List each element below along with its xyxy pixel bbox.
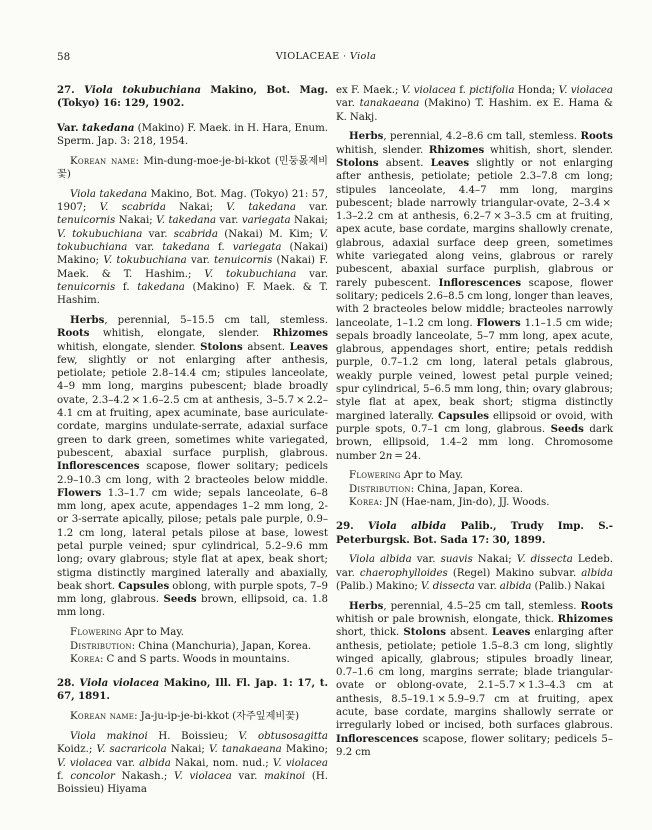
- text-segment: Stolons: [200, 341, 243, 353]
- text-segment: var.: [216, 215, 242, 226]
- text-segment: Distribution: [70, 641, 132, 652]
- text-segment: var.: [142, 229, 173, 240]
- text-segment: Distribution: [349, 484, 411, 495]
- text-segment: 1.3–1.7 cm wide; sepals lanceolate, 6–8 …: [57, 488, 328, 592]
- right-column: ex F. Maek.; V. violacea f. pictifolia H…: [336, 84, 613, 797]
- text-segment: Herbs: [349, 130, 383, 142]
- text-segment: Nakai;: [167, 744, 209, 755]
- text-segment: Nakai;: [115, 215, 156, 226]
- text-segment: V. tokubuchiana: [57, 229, 142, 240]
- text-segment: Leaves: [290, 341, 328, 353]
- text-segment: absent.: [446, 627, 492, 638]
- text-segment: (Palib.) Makino;: [336, 581, 421, 592]
- text-segment: Rhizomes: [429, 144, 484, 156]
- text-segment: var.: [336, 98, 360, 109]
- text-segment: Rhizomes: [273, 327, 328, 339]
- text-segment: V. tanakaeana: [209, 744, 282, 755]
- text-segment: Viola albida: [368, 520, 446, 532]
- text-segment: Nakai, nom. nud.;: [171, 758, 273, 769]
- text-segment: Stolons: [336, 157, 379, 169]
- text-segment: Flowering: [349, 470, 401, 481]
- text-segment: takedana: [137, 282, 185, 293]
- text-segment: f.: [115, 282, 137, 293]
- text-segment: Inflorescences: [439, 277, 521, 289]
- text-segment: Viola takedana: [70, 189, 147, 200]
- text-segment: enlarging after anthesis, petiolate; pet…: [336, 627, 613, 731]
- text-segment: V. tokubuchiana: [103, 255, 186, 266]
- text-segment: var.: [112, 758, 139, 769]
- text-segment: Herbs: [70, 314, 104, 326]
- text-segment: Leaves: [431, 157, 469, 169]
- text-segment: V. scabrida: [100, 202, 166, 213]
- text-segment: Capsules: [438, 410, 489, 422]
- text-segment: absent.: [243, 342, 290, 353]
- text-columns: 27. Viola tokubuchiana Makino, Bot. Mag.…: [57, 84, 613, 797]
- running-header: VIOLACEAE · Viola: [0, 51, 652, 62]
- text-segment: f.: [456, 85, 469, 96]
- text-segment: Apr to May.: [122, 627, 184, 638]
- text-segment: var.: [296, 269, 328, 280]
- text-segment: concolor: [70, 771, 115, 782]
- text-segment: f.: [57, 771, 70, 782]
- text-segment: V. violacea: [559, 85, 613, 96]
- text-segment: Korean name: [70, 711, 134, 722]
- text-segment: , perennial, 4.2–8.6 cm tall, stemless.: [383, 131, 580, 142]
- text-segment: V. violacea: [57, 758, 112, 769]
- text-segment: suavis: [441, 554, 473, 565]
- species-29-description: Herbs, perennial, 4.5–25 cm tall, stemle…: [336, 600, 613, 760]
- text-segment: f.: [210, 242, 233, 253]
- text-segment: Flowering: [70, 627, 122, 638]
- text-segment: : China (Manchuria), Japan, Korea.: [132, 641, 311, 652]
- text-segment: var.: [187, 255, 214, 266]
- text-segment: absent.: [379, 158, 431, 169]
- text-segment: V. sacraricola: [96, 744, 166, 755]
- species-28-synonymy-continued: ex F. Maek.; V. violacea f. pictifolia H…: [336, 84, 613, 124]
- text-segment: Flowers: [477, 317, 521, 329]
- text-segment: Seeds: [163, 593, 196, 605]
- species-28-description: Herbs, perennial, 4.2–8.6 cm tall, steml…: [336, 130, 613, 462]
- text-segment: var.: [475, 581, 500, 592]
- species-27-var-line: Var. takedana (Makino) F. Maek. in H. Ha…: [57, 122, 328, 149]
- text-segment: Viola albida: [349, 554, 412, 565]
- text-segment: Capsules: [118, 580, 169, 592]
- text-segment: Stolons: [403, 626, 446, 638]
- text-segment: albida: [139, 758, 171, 769]
- text-segment: makinoi: [264, 771, 305, 782]
- species-27-korean-name: Korean name: Min-dung-moe-je-bi-kkot (민둥…: [57, 155, 328, 182]
- species-28-korean-name: Korean name: Ja-ju-ip-je-bi-kkot (자주잎제비꽃…: [57, 710, 328, 723]
- species-27-description: Herbs, perennial, 5–15.5 cm tall, stemle…: [57, 314, 328, 620]
- text-segment: 27.: [57, 84, 84, 96]
- text-segment: whitish, slender.: [336, 145, 429, 156]
- text-segment: var.: [412, 554, 441, 565]
- text-segment: : Ja-ju-ip-je-bi-kkot (자주잎제비꽃): [134, 711, 299, 722]
- text-segment: takedana: [162, 242, 210, 253]
- text-segment: V. violacea: [174, 771, 232, 782]
- species-28-flowering: Flowering Apr to May.: [336, 469, 613, 482]
- text-segment: Seeds: [551, 423, 584, 435]
- text-segment: Roots: [581, 130, 614, 142]
- species-29-synonymy: Viola albida var. suavis Nakai; V. disse…: [336, 553, 613, 593]
- text-segment: Inflorescences: [336, 733, 418, 745]
- page-number: 58: [57, 51, 70, 63]
- text-segment: V. violacea: [402, 85, 456, 96]
- text-segment: slightly or not enlarging after anthesis…: [336, 158, 613, 289]
- text-segment: Korea: [349, 497, 379, 508]
- species-28-distribution: Distribution: China, Japan, Korea.: [336, 483, 613, 496]
- text-segment: (Nakai) M. Kim;: [218, 229, 319, 240]
- species-27-heading: 27. Viola tokubuchiana Makino, Bot. Mag.…: [57, 84, 328, 111]
- text-segment: Herbs: [349, 600, 383, 612]
- text-segment: V. dissecta: [517, 554, 573, 565]
- text-segment: V. takedana: [226, 202, 296, 213]
- species-27-synonymy: Viola takedana Makino, Bot. Mag. (Tokyo)…: [57, 188, 328, 308]
- text-segment: Nakai;: [291, 215, 328, 226]
- text-segment: var.: [127, 242, 162, 253]
- text-segment: Inflorescences: [57, 460, 139, 472]
- text-segment: 29.: [336, 520, 368, 532]
- left-column: 27. Viola tokubuchiana Makino, Bot. Mag.…: [57, 84, 328, 797]
- text-segment: whitish, elongate, slender.: [57, 342, 200, 353]
- text-segment: few, slightly or not enlarging after ant…: [57, 355, 328, 459]
- species-27-flowering: Flowering Apr to May.: [57, 626, 328, 639]
- page-header: 58 VIOLACEAE · Viola: [0, 51, 652, 65]
- text-segment: Viola violacea: [79, 677, 159, 689]
- text-segment: Leaves: [492, 626, 530, 638]
- book-page: 58 VIOLACEAE · Viola 27. Viola tokubuchi…: [0, 0, 652, 830]
- text-segment: ex F. Maek.;: [336, 85, 402, 96]
- text-segment: : JN (Hae-nam, Jin-do), JJ. Woods.: [379, 497, 549, 508]
- text-segment: , perennial, 4.5–25 cm tall, stemless.: [383, 601, 580, 612]
- text-segment: 28.: [57, 677, 79, 689]
- text-segment: V. dissecta: [421, 581, 475, 592]
- text-segment: : China, Japan, Korea.: [411, 484, 523, 495]
- species-28-synonymy: Viola makinoi H. Boissieu; V. obtusosagi…: [57, 730, 328, 796]
- text-segment: tenuicornis: [214, 255, 272, 266]
- text-segment: Makino;: [282, 744, 328, 755]
- text-segment: Flowers: [57, 487, 101, 499]
- text-segment: scabrida: [174, 229, 218, 240]
- text-segment: short, thick.: [336, 627, 403, 638]
- text-segment: Roots: [581, 600, 614, 612]
- text-segment: (Palib.) Nakai: [531, 581, 604, 592]
- text-segment: takedana: [82, 122, 135, 134]
- text-segment: Viola: [350, 51, 376, 62]
- species-27-distribution: Distribution: China (Manchuria), Japan, …: [57, 640, 328, 653]
- text-segment: V. violacea: [273, 758, 328, 769]
- text-segment: V. tokubuchiana: [204, 269, 296, 280]
- text-segment: variegata: [242, 215, 291, 226]
- text-segment: Nakash.;: [115, 771, 174, 782]
- text-segment: ·: [340, 51, 350, 62]
- text-segment: Korean name: [70, 156, 136, 167]
- text-segment: Nakai;: [166, 202, 226, 213]
- text-segment: VIOLACEAE: [276, 51, 340, 62]
- text-segment: tanakaeana: [360, 98, 420, 109]
- text-segment: : C and S parts. Woods in mountains.: [100, 654, 290, 665]
- text-segment: V. takedana: [156, 215, 216, 226]
- species-27-korea: Korea: C and S parts. Woods in mountains…: [57, 653, 328, 666]
- text-segment: pictifolia: [469, 85, 514, 96]
- text-segment: (Regel) Makino subvar.: [448, 568, 581, 579]
- text-segment: Var.: [57, 122, 82, 134]
- text-segment: H. Boissieu;: [148, 731, 239, 742]
- species-29-heading: 29. Viola albida Palib., Trudy Imp. S.-P…: [336, 520, 613, 547]
- text-segment: chaerophylloides: [360, 568, 448, 579]
- text-segment: Roots: [57, 327, 90, 339]
- text-segment: var.: [296, 202, 328, 213]
- text-segment: Nakai;: [473, 554, 517, 565]
- text-segment: Korea: [70, 654, 100, 665]
- text-segment: 1.1–1.5 cm wide; sepals broadly lanceola…: [336, 318, 613, 422]
- text-segment: albida: [581, 568, 613, 579]
- text-segment: whitish, elongate, slender.: [90, 328, 273, 339]
- text-segment: Rhizomes: [558, 613, 613, 625]
- text-segment: Apr to May.: [401, 470, 463, 481]
- text-segment: tenuicornis: [57, 215, 115, 226]
- text-segment: tenuicornis: [57, 282, 115, 293]
- text-segment: V. obtusosagitta: [238, 731, 328, 742]
- species-28-heading: 28. Viola violacea Makino, Ill. Fl. Jap.…: [57, 677, 328, 704]
- text-segment: Viola tokubuchiana: [84, 84, 201, 96]
- text-segment: var.: [232, 771, 264, 782]
- text-segment: , perennial, 5–15.5 cm tall, stemless.: [104, 315, 328, 326]
- text-segment: variegata: [233, 242, 282, 253]
- text-segment: Honda;: [515, 85, 559, 96]
- text-segment: = 24.: [392, 451, 421, 462]
- species-28-korea: Korea: JN (Hae-nam, Jin-do), JJ. Woods.: [336, 496, 613, 509]
- text-segment: Viola makinoi: [70, 731, 148, 742]
- text-segment: albida: [500, 581, 532, 592]
- text-segment: Koidz.;: [57, 744, 96, 755]
- text-segment: whitish or pale brownish, elongate, thic…: [336, 614, 558, 625]
- text-segment: whitish, short, slender.: [484, 145, 613, 156]
